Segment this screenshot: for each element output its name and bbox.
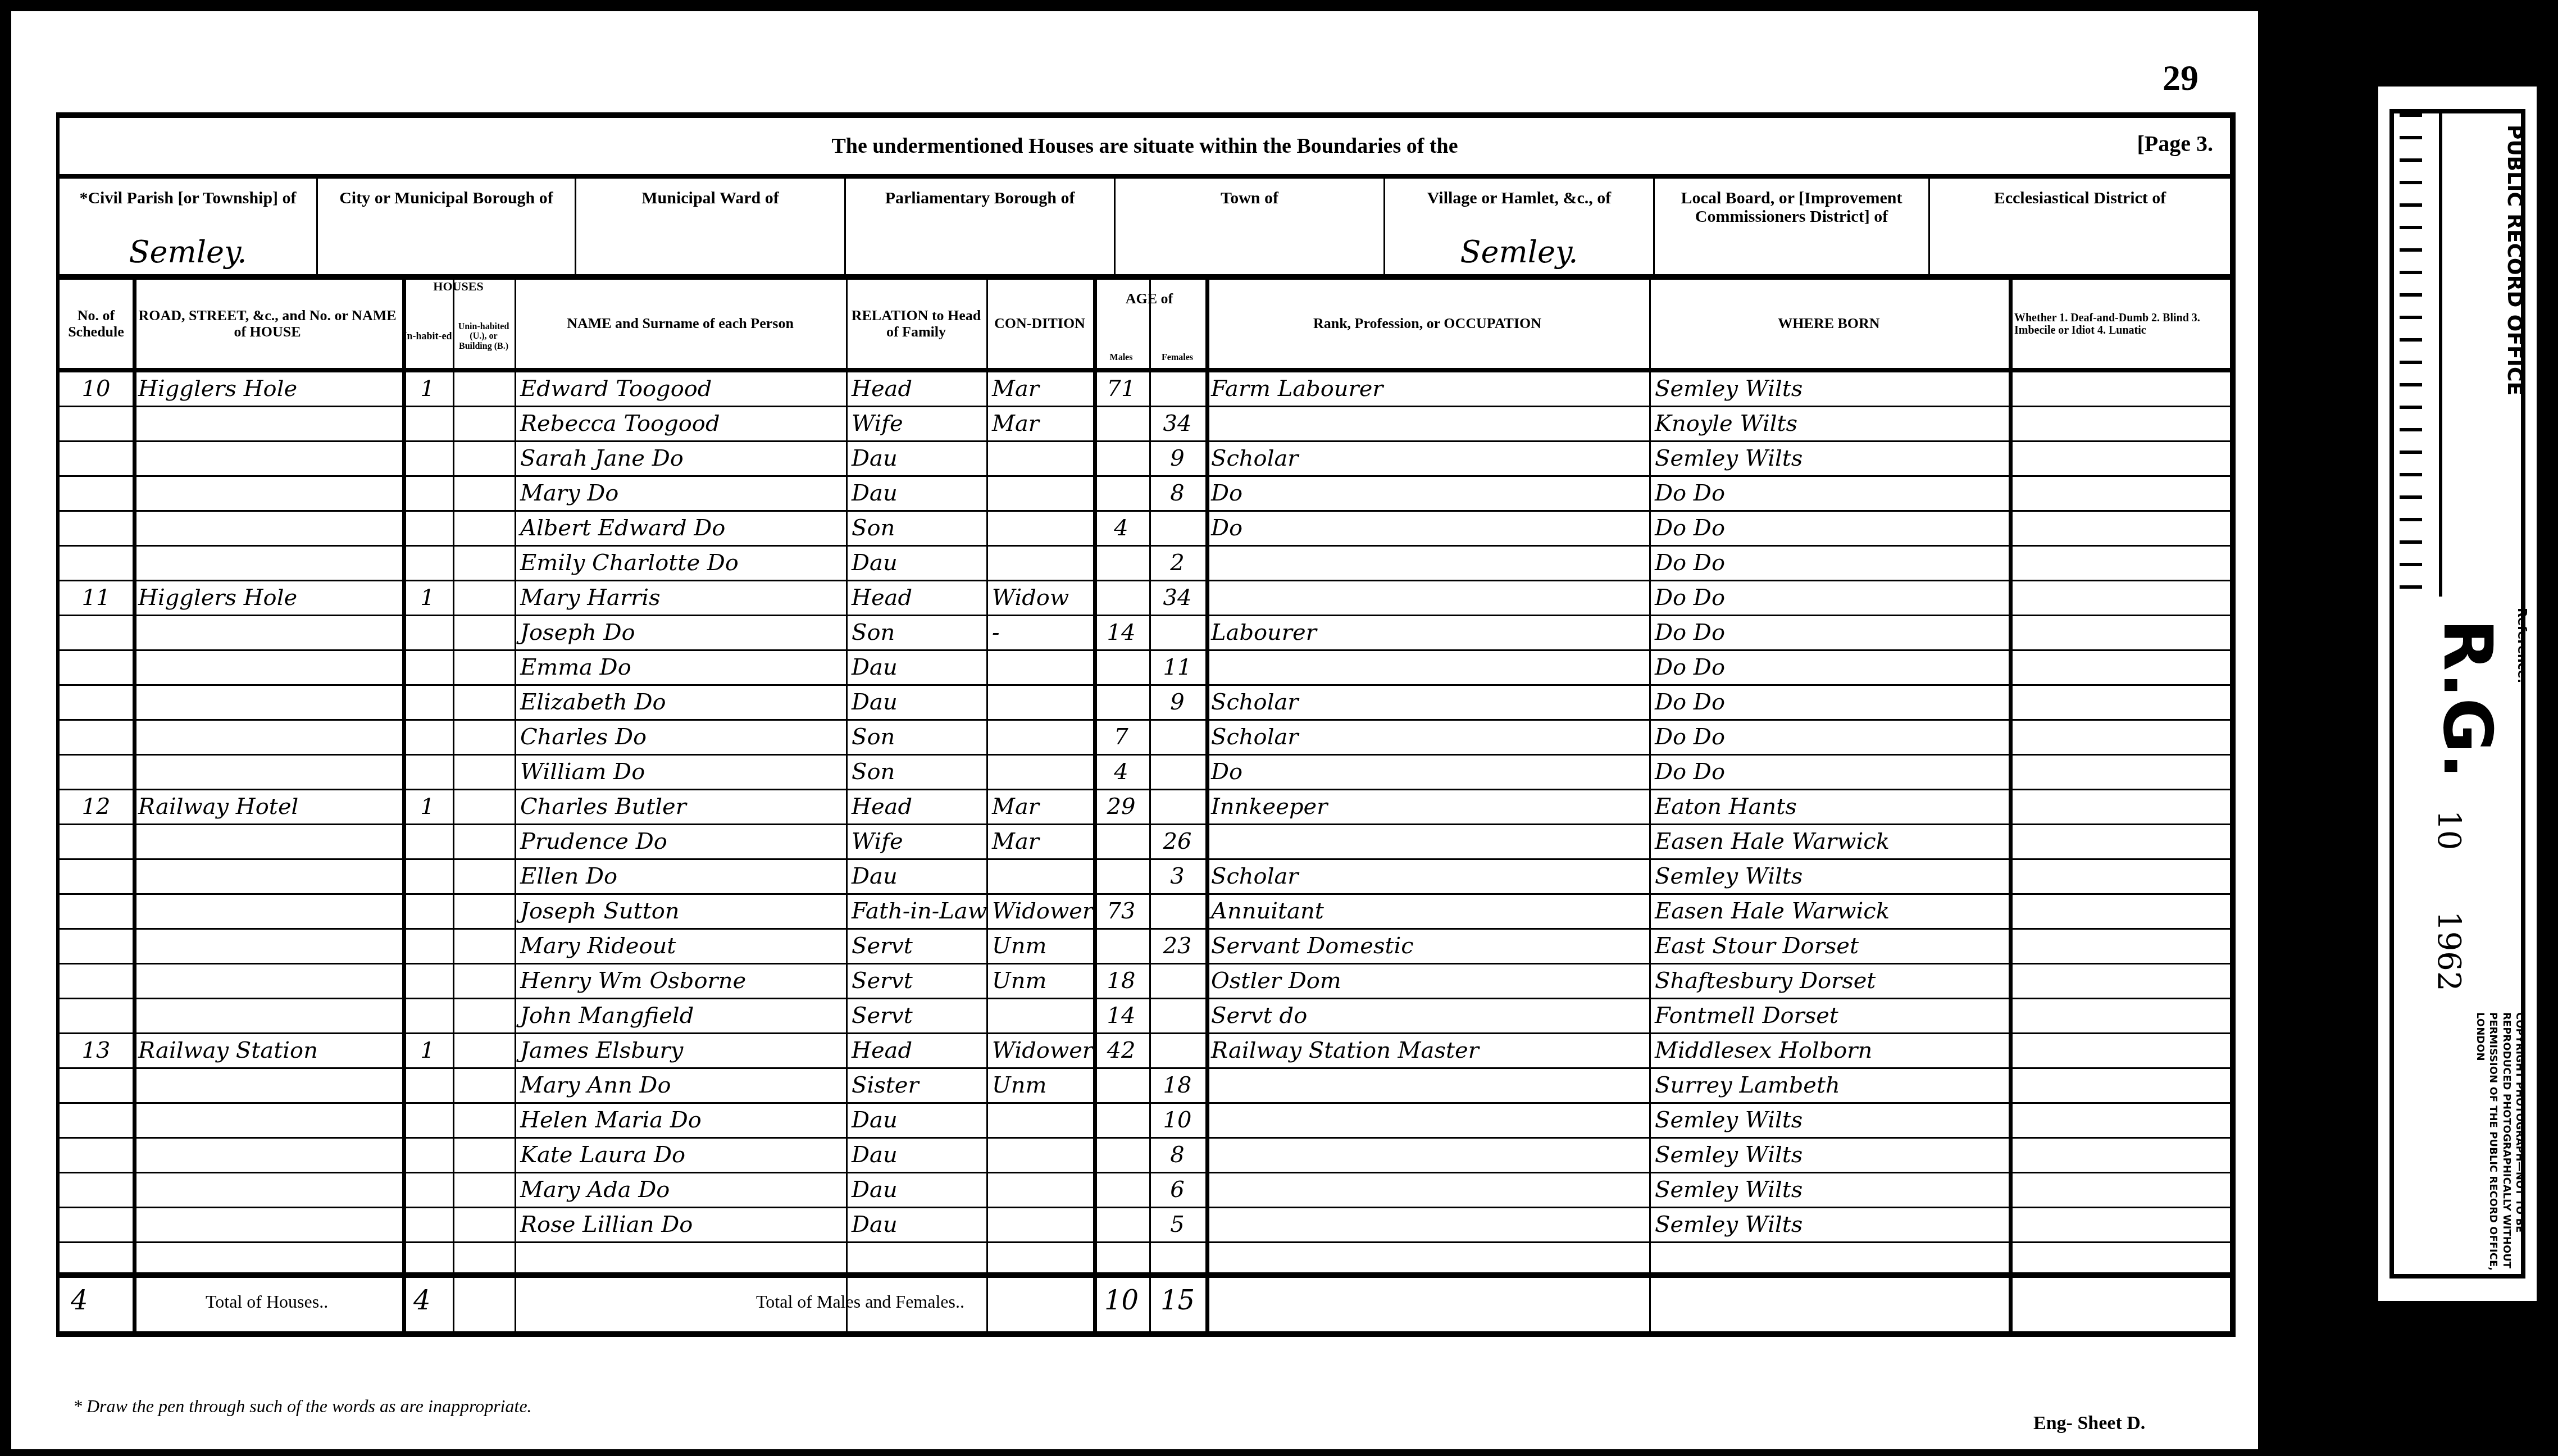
cell-road: Railway Hotel xyxy=(133,790,408,823)
cell-schedule xyxy=(60,860,133,893)
table-row: Prudence DoWifeMar26Easen Hale Warwick xyxy=(60,825,2230,860)
cell-schedule xyxy=(60,686,133,718)
cell-condition xyxy=(986,686,1099,718)
cell-condition: Widow xyxy=(986,581,1099,614)
cell-relation: Head xyxy=(846,790,992,823)
cell-male xyxy=(1093,1069,1149,1102)
table-row: Emily Charlotte DoDau2Do Do xyxy=(60,547,2230,581)
cell-inhabited xyxy=(402,1139,453,1171)
cell-name: William Do xyxy=(515,756,852,788)
cell-inhabited xyxy=(402,1104,453,1136)
cell-born: Do Do xyxy=(1649,477,2014,509)
cell-road: Railway Station xyxy=(133,1034,408,1067)
cell-male: 4 xyxy=(1093,756,1149,788)
table-row: Kate Laura DoDau8Semley Wilts xyxy=(60,1139,2230,1173)
cell-condition: Mar xyxy=(986,372,1099,405)
col-whether: Whether 1. Deaf-and-Dumb 2. Blind 3. Imb… xyxy=(2009,280,2233,372)
cell-occupation xyxy=(1205,1139,1655,1171)
cell-female xyxy=(1149,790,1205,823)
cell-female xyxy=(1149,616,1205,649)
cell-born: Do Do xyxy=(1649,756,2014,788)
cell-born: Easen Hale Warwick xyxy=(1649,825,2014,858)
village-hamlet: Village or Hamlet, &c., ofSemley. xyxy=(1385,179,1655,274)
table-row: John MangfieldServt14Servt doFontmell Do… xyxy=(60,999,2230,1034)
cell-born: Middlesex Holborn xyxy=(1649,1034,2014,1067)
table-row: Helen Maria DoDau10Semley Wilts xyxy=(60,1104,2230,1139)
cell-born: Fontmell Dorset xyxy=(1649,999,2014,1032)
cell-condition xyxy=(986,477,1099,509)
cell-schedule xyxy=(60,1208,133,1241)
cell-road xyxy=(133,1139,408,1171)
table-row: Mary RideoutServtUnm23Servant DomesticEa… xyxy=(60,930,2230,964)
cell-born: Do Do xyxy=(1649,512,2014,544)
cell-condition xyxy=(986,1139,1099,1171)
sheet-mark: Eng- Sheet D. xyxy=(2033,1413,2145,1434)
total-persons-label: Total of Males and Females.. xyxy=(756,1291,964,1312)
banner-title: The undermentioned Houses are situate wi… xyxy=(831,134,1458,158)
cell-relation: Dau xyxy=(846,1139,992,1171)
cell-name: Albert Edward Do xyxy=(515,512,852,544)
cell-male: 71 xyxy=(1093,372,1149,405)
cell-born: Semley Wilts xyxy=(1649,442,2014,475)
cell-road xyxy=(133,1208,408,1241)
cell-female xyxy=(1149,756,1205,788)
cell-born: Do Do xyxy=(1649,651,2014,684)
cell-born: Eaton Hants xyxy=(1649,790,2014,823)
cell-schedule xyxy=(60,616,133,649)
cell-female: 3 xyxy=(1149,860,1205,893)
cell-name: Henry Wm Osborne xyxy=(515,964,852,997)
cell-female xyxy=(1149,895,1205,927)
cell-relation: Sister xyxy=(846,1069,992,1102)
cell-male: 29 xyxy=(1093,790,1149,823)
cell-male xyxy=(1093,1173,1149,1206)
cell-name: Rose Lillian Do xyxy=(515,1208,852,1241)
cell-female: 34 xyxy=(1149,407,1205,440)
cell-road xyxy=(133,686,408,718)
cell-name: Emily Charlotte Do xyxy=(515,547,852,579)
cell-road xyxy=(133,651,408,684)
divider xyxy=(1093,280,1097,1331)
cell-road xyxy=(133,756,408,788)
cell-road xyxy=(133,964,408,997)
cell-inhabited xyxy=(402,999,453,1032)
cell-schedule: 11 xyxy=(60,581,133,614)
cell-schedule xyxy=(60,1173,133,1206)
cell-born: Semley Wilts xyxy=(1649,372,2014,405)
cell-relation: Son xyxy=(846,756,992,788)
cell-inhabited: 1 xyxy=(402,1034,453,1067)
col-males: Males xyxy=(1093,347,1149,372)
cell-born: Do Do xyxy=(1649,686,2014,718)
cell-inhabited xyxy=(402,686,453,718)
cell-inhabited xyxy=(402,930,453,962)
divider xyxy=(1149,280,1151,1331)
form-banner: The undermentioned Houses are situate wi… xyxy=(60,118,2230,179)
divider xyxy=(133,280,136,1331)
cell-occupation xyxy=(1205,1069,1655,1102)
cell-name: Edward Toogood xyxy=(515,372,852,405)
col-condition: CON-DITION xyxy=(986,280,1093,372)
municipal-ward: Municipal Ward of xyxy=(576,179,846,274)
cell-male: 73 xyxy=(1093,895,1149,927)
cell-born: East Stour Dorset xyxy=(1649,930,2014,962)
cell-name: John Mangfield xyxy=(515,999,852,1032)
cell-relation: Son xyxy=(846,616,992,649)
cell-schedule xyxy=(60,1139,133,1171)
cell-occupation: Do xyxy=(1205,477,1655,509)
cell-condition: - xyxy=(986,616,1099,649)
cell-occupation xyxy=(1205,581,1655,614)
cell-male xyxy=(1093,407,1149,440)
cell-road xyxy=(133,512,408,544)
divider xyxy=(402,280,406,1331)
cell-name: Mary Ada Do xyxy=(515,1173,852,1206)
cell-condition xyxy=(986,547,1099,579)
cell-inhabited xyxy=(402,442,453,475)
cell-occupation xyxy=(1205,825,1655,858)
cell-female xyxy=(1149,1034,1205,1067)
cell-female: 5 xyxy=(1149,1208,1205,1241)
cell-occupation: Farm Labourer xyxy=(1205,372,1655,405)
cell-female xyxy=(1149,999,1205,1032)
reference-label: Reference:- xyxy=(2515,608,2529,689)
table-row: 11Higglers Hole1Mary HarrisHeadWidow34Do… xyxy=(60,581,2230,616)
cell-name: Rebecca Toogood xyxy=(515,407,852,440)
cell-female: 34 xyxy=(1149,581,1205,614)
ecclesiastical-district: Ecclesiastical District of xyxy=(1930,179,2230,274)
table-row: Elizabeth DoDau9ScholarDo Do xyxy=(60,686,2230,721)
series-code: R.G. xyxy=(2428,619,2506,779)
cell-relation: Dau xyxy=(846,477,992,509)
cell-male xyxy=(1093,547,1149,579)
cell-name: Joseph Do xyxy=(515,616,852,649)
cell-inhabited xyxy=(402,651,453,684)
cell-relation: Son xyxy=(846,512,992,544)
cell-relation: Wife xyxy=(846,407,992,440)
cell-condition: Mar xyxy=(986,825,1099,858)
cell-road: Higglers Hole xyxy=(133,372,408,405)
cell-inhabited xyxy=(402,964,453,997)
cell-female xyxy=(1149,964,1205,997)
table-row: 10Higglers Hole1Edward ToogoodHeadMar71F… xyxy=(60,372,2230,407)
cell-road xyxy=(133,860,408,893)
cell-schedule xyxy=(60,512,133,544)
reference-strip: PUBLIC RECORD OFFICE Reference:- R.G. 10… xyxy=(2376,84,2539,1303)
cell-relation: Head xyxy=(846,372,992,405)
cell-female: 9 xyxy=(1149,442,1205,475)
copyright-notice: COPYRIGHT PHOTOGRAPH—NOT TO BE REPRODUCE… xyxy=(2473,1012,2526,1293)
cell-occupation: Scholar xyxy=(1205,686,1655,718)
col-uninhabited: Unin-habited (U.), or Building (B.) xyxy=(453,305,515,372)
cell-male xyxy=(1093,1139,1149,1171)
cell-occupation: Ostler Dom xyxy=(1205,964,1655,997)
total-houses-value: 4 xyxy=(413,1285,431,1316)
table-row: Mary DoDau8DoDo Do xyxy=(60,477,2230,512)
table-row: Ellen DoDau3ScholarSemley Wilts xyxy=(60,860,2230,895)
table-row: Joseph SuttonFath-in-LawWidower73Annuita… xyxy=(60,895,2230,930)
cell-schedule xyxy=(60,964,133,997)
cell-schedule xyxy=(60,721,133,753)
cell-condition: Unm xyxy=(986,930,1099,962)
cell-name: Kate Laura Do xyxy=(515,1139,852,1171)
cell-born: Semley Wilts xyxy=(1649,860,2014,893)
cell-road xyxy=(133,1069,408,1102)
table-row: Mary Ann DoSisterUnm18Surrey Lambeth xyxy=(60,1069,2230,1104)
cell-occupation xyxy=(1205,1208,1655,1241)
cell-inhabited: 1 xyxy=(402,790,453,823)
cell-name: Mary Do xyxy=(515,477,852,509)
total-houses-label: Total of Houses.. xyxy=(206,1291,328,1312)
cell-condition: Widower xyxy=(986,1034,1099,1067)
cell-condition xyxy=(986,860,1099,893)
cell-male xyxy=(1093,442,1149,475)
cell-male xyxy=(1093,651,1149,684)
divider xyxy=(453,280,454,1331)
cell-road xyxy=(133,477,408,509)
cell-female: 18 xyxy=(1149,1069,1205,1102)
cell-condition: Mar xyxy=(986,790,1099,823)
cell-schedule: 10 xyxy=(60,372,133,405)
cell-road xyxy=(133,895,408,927)
table-row: Rose Lillian DoDau5Semley Wilts xyxy=(60,1208,2230,1243)
cell-occupation: Servt do xyxy=(1205,999,1655,1032)
table-row: Albert Edward DoSon4DoDo Do xyxy=(60,512,2230,547)
cell-relation: Dau xyxy=(846,1104,992,1136)
cell-occupation xyxy=(1205,1104,1655,1136)
cell-schedule xyxy=(60,999,133,1032)
table-row: Sarah Jane DoDau9ScholarSemley Wilts xyxy=(60,442,2230,477)
cell-condition xyxy=(986,1173,1099,1206)
divider xyxy=(515,280,516,1331)
total-males: 10 xyxy=(1104,1285,1139,1316)
cell-schedule xyxy=(60,1069,133,1102)
col-inhabited: In-habit-ed xyxy=(402,305,453,372)
cell-road xyxy=(133,1173,408,1206)
cell-inhabited xyxy=(402,895,453,927)
cell-road xyxy=(133,999,408,1032)
cell-inhabited xyxy=(402,721,453,753)
cell-female: 9 xyxy=(1149,686,1205,718)
divider xyxy=(1649,280,1651,1331)
cell-road xyxy=(133,442,408,475)
table-row: William DoSon4DoDo Do xyxy=(60,756,2230,790)
cell-male: 14 xyxy=(1093,999,1149,1032)
cell-inhabited xyxy=(402,616,453,649)
household-table: No. of Schedule ROAD, STREET, &c., and N… xyxy=(60,280,2230,1331)
table-row: Charles DoSon7ScholarDo Do xyxy=(60,721,2230,756)
cell-road xyxy=(133,721,408,753)
cell-relation: Wife xyxy=(846,825,992,858)
cell-inhabited xyxy=(402,1208,453,1241)
cell-name: Mary Rideout xyxy=(515,930,852,962)
cell-occupation xyxy=(1205,407,1655,440)
piece-number: 1962 xyxy=(2430,911,2467,991)
cell-schedule xyxy=(60,547,133,579)
cell-schedule xyxy=(60,477,133,509)
cell-born: Easen Hale Warwick xyxy=(1649,895,2014,927)
cell-female xyxy=(1149,372,1205,405)
cell-name: Sarah Jane Do xyxy=(515,442,852,475)
divider xyxy=(986,280,988,1331)
cell-born: Semley Wilts xyxy=(1649,1104,2014,1136)
census-form: The undermentioned Houses are situate wi… xyxy=(56,112,2236,1337)
cell-name: Mary Harris xyxy=(515,581,852,614)
cell-occupation: Labourer xyxy=(1205,616,1655,649)
cell-relation: Dau xyxy=(846,1208,992,1241)
cell-name: Emma Do xyxy=(515,651,852,684)
cell-female: 8 xyxy=(1149,1139,1205,1171)
cell-male xyxy=(1093,825,1149,858)
cell-road: Higglers Hole xyxy=(133,581,408,614)
cell-road xyxy=(133,407,408,440)
cell-schedule xyxy=(60,1104,133,1136)
col-schedule: No. of Schedule xyxy=(60,280,133,372)
cell-female: 26 xyxy=(1149,825,1205,858)
cell-road xyxy=(133,547,408,579)
cell-name: Mary Ann Do xyxy=(515,1069,852,1102)
cell-schedule xyxy=(60,930,133,962)
cell-road xyxy=(133,825,408,858)
cell-relation: Servt xyxy=(846,999,992,1032)
cell-born: Semley Wilts xyxy=(1649,1208,2014,1241)
table-row: Emma DoDau11Do Do xyxy=(60,651,2230,686)
parliamentary-borough: Parliamentary Borough of xyxy=(846,179,1116,274)
divider xyxy=(1205,280,1209,1331)
cell-condition xyxy=(986,1104,1099,1136)
cell-name: Prudence Do xyxy=(515,825,852,858)
cell-female xyxy=(1149,721,1205,753)
cell-inhabited xyxy=(402,407,453,440)
cell-relation: Dau xyxy=(846,442,992,475)
cell-inhabited xyxy=(402,547,453,579)
cell-male xyxy=(1093,581,1149,614)
cell-inhabited xyxy=(402,825,453,858)
cell-occupation: Scholar xyxy=(1205,442,1655,475)
cell-born: Shaftesbury Dorset xyxy=(1649,964,2014,997)
cell-born: Semley Wilts xyxy=(1649,1139,2014,1171)
cell-relation: Dau xyxy=(846,1173,992,1206)
cell-schedule xyxy=(60,825,133,858)
municipal-borough: City or Municipal Borough of xyxy=(318,179,576,274)
cell-occupation: Scholar xyxy=(1205,721,1655,753)
cell-name: Helen Maria Do xyxy=(515,1104,852,1136)
cell-name: Charles Do xyxy=(515,721,852,753)
table-row: 12Railway Hotel1Charles ButlerHeadMar29I… xyxy=(60,790,2230,825)
divider xyxy=(2009,280,2013,1331)
cell-name: Charles Butler xyxy=(515,790,852,823)
cell-male: 14 xyxy=(1093,616,1149,649)
col-name: NAME and Surname of each Person xyxy=(515,280,846,372)
cell-born: Do Do xyxy=(1649,616,2014,649)
cell-inhabited: 1 xyxy=(402,581,453,614)
table-row: Mary Ada DoDau6Semley Wilts xyxy=(60,1173,2230,1208)
cell-born: Surrey Lambeth xyxy=(1649,1069,2014,1102)
cell-female: 10 xyxy=(1149,1104,1205,1136)
cell-male: 4 xyxy=(1093,512,1149,544)
cell-female: 6 xyxy=(1149,1173,1205,1206)
cell-condition xyxy=(986,512,1099,544)
table-row: Henry Wm OsborneServtUnm18Ostler DomShaf… xyxy=(60,964,2230,999)
cell-schedule xyxy=(60,756,133,788)
cell-relation: Dau xyxy=(846,651,992,684)
cell-relation: Servt xyxy=(846,930,992,962)
page-label: [Page 3. xyxy=(2137,130,2213,157)
cell-relation: Dau xyxy=(846,860,992,893)
cell-relation: Head xyxy=(846,581,992,614)
cell-inhabited xyxy=(402,512,453,544)
cell-occupation xyxy=(1205,547,1655,579)
town: Town of xyxy=(1116,179,1385,274)
cell-female: 2 xyxy=(1149,547,1205,579)
cell-schedule: 13 xyxy=(60,1034,133,1067)
cell-inhabited xyxy=(402,756,453,788)
local-board: Local Board, or [Improvement Commissione… xyxy=(1655,179,1930,274)
cell-male xyxy=(1093,686,1149,718)
cell-road xyxy=(133,930,408,962)
cell-condition: Widower xyxy=(986,895,1099,927)
col-occupation: Rank, Profession, or OCCUPATION xyxy=(1205,280,1649,372)
cell-male xyxy=(1093,930,1149,962)
cell-road xyxy=(133,1104,408,1136)
census-sheet: 29 The undermentioned Houses are situate… xyxy=(11,11,2258,1449)
cell-condition: Unm xyxy=(986,964,1099,997)
cell-born: Do Do xyxy=(1649,721,2014,753)
cell-occupation: Railway Station Master xyxy=(1205,1034,1655,1067)
cell-male xyxy=(1093,1208,1149,1241)
cell-relation: Dau xyxy=(846,686,992,718)
table-row: 13Railway Station1James ElsburyHeadWidow… xyxy=(60,1034,2230,1069)
cell-condition xyxy=(986,756,1099,788)
total-schedules: 4 xyxy=(71,1285,88,1316)
total-females: 15 xyxy=(1160,1285,1195,1316)
cell-male: 7 xyxy=(1093,721,1149,753)
table-row: Joseph DoSon-14LabourerDo Do xyxy=(60,616,2230,651)
cell-condition xyxy=(986,721,1099,753)
cell-born: Semley Wilts xyxy=(1649,1173,2014,1206)
cell-condition: Mar xyxy=(986,407,1099,440)
cell-road xyxy=(133,616,408,649)
cell-condition xyxy=(986,442,1099,475)
office-label: PUBLIC RECORD OFFICE xyxy=(2503,125,2526,395)
cell-male xyxy=(1093,860,1149,893)
cell-occupation: Do xyxy=(1205,756,1655,788)
cell-name: Elizabeth Do xyxy=(515,686,852,718)
cell-born: Do Do xyxy=(1649,581,2014,614)
cell-schedule: 12 xyxy=(60,790,133,823)
cell-female: 23 xyxy=(1149,930,1205,962)
cell-name: Joseph Sutton xyxy=(515,895,852,927)
cell-relation: Son xyxy=(846,721,992,753)
cell-inhabited xyxy=(402,1069,453,1102)
cell-condition xyxy=(986,651,1099,684)
cell-condition xyxy=(986,999,1099,1032)
cell-male: 42 xyxy=(1093,1034,1149,1067)
cell-male xyxy=(1093,477,1149,509)
cell-female: 8 xyxy=(1149,477,1205,509)
totals-row: 4 Total of Houses.. 4 Total of Males and… xyxy=(60,1272,2230,1331)
cell-male: 18 xyxy=(1093,964,1149,997)
col-relation: RELATION to Head of Family xyxy=(846,280,986,372)
cell-occupation: Servant Domestic xyxy=(1205,930,1655,962)
cell-inhabited xyxy=(402,477,453,509)
cell-occupation: Scholar xyxy=(1205,860,1655,893)
cell-inhabited xyxy=(402,860,453,893)
administrative-areas: *Civil Parish [or Township] ofSemley. Ci… xyxy=(60,179,2230,280)
cell-relation: Servt xyxy=(846,964,992,997)
cell-schedule xyxy=(60,651,133,684)
cell-occupation xyxy=(1205,1173,1655,1206)
